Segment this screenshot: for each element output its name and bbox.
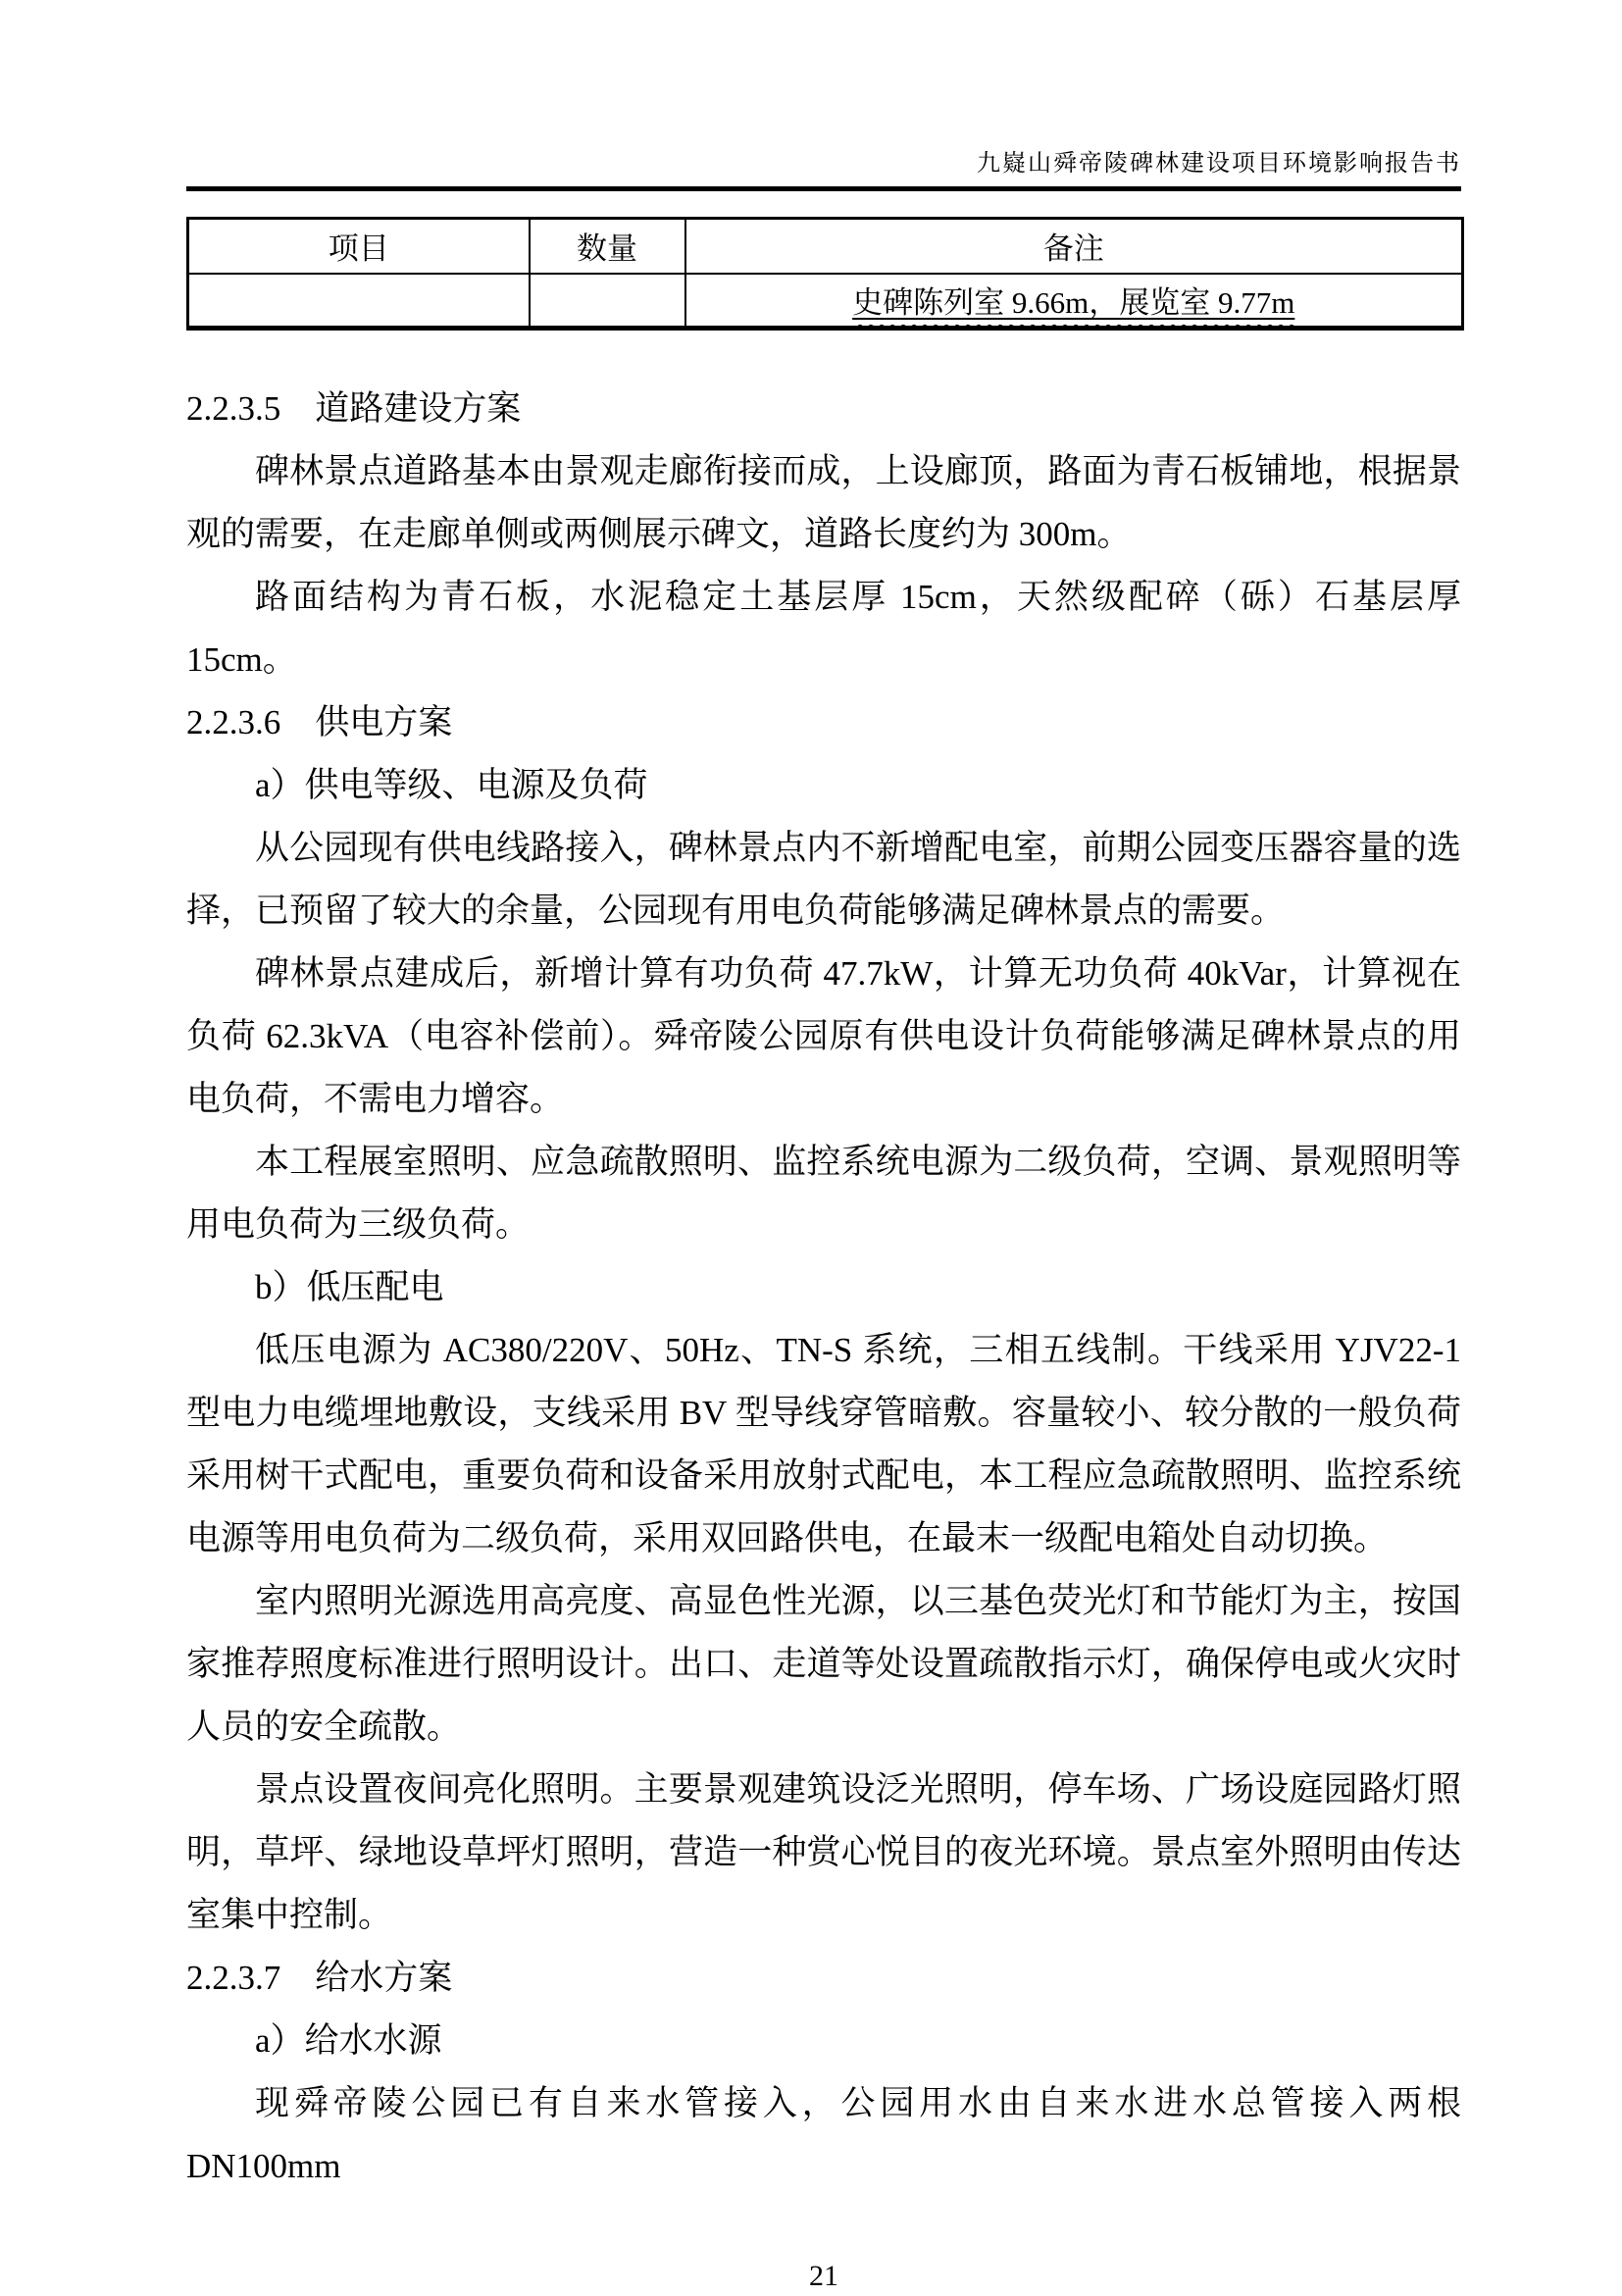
table-cell-quantity bbox=[530, 274, 685, 329]
subitem-low-voltage: b）低压配电 bbox=[186, 1256, 1461, 1319]
table-cell-item bbox=[188, 274, 530, 329]
table-header-quantity: 数量 bbox=[530, 219, 685, 274]
table-note-text: 史碑陈列室 9.66m，展览室 9.77m bbox=[852, 285, 1294, 320]
paragraph-power-load: 碑林景点建成后，新增计算有功负荷 47.7kW，计算无功负荷 40kVar，计算… bbox=[186, 943, 1461, 1131]
subitem-power-grade: a）供电等级、电源及负荷 bbox=[186, 754, 1461, 817]
paragraph-road-structure: 路面结构为青石板，水泥稳定土基层厚 15cm，天然级配碎（砾）石基层厚 15cm… bbox=[186, 566, 1461, 691]
document-body: 2.2.3.5 道路建设方案 碑林景点道路基本由景观走廊衔接而成，上设廊顶，路面… bbox=[186, 378, 1461, 2198]
section-heading-power-plan: 2.2.3.6 供电方案 bbox=[186, 691, 1461, 754]
table-cell-note: 史碑陈列室 9.66m，展览室 9.77m bbox=[685, 274, 1463, 329]
table-header-row: 项目 数量 备注 bbox=[188, 219, 1463, 274]
table-row: 史碑陈列室 9.66m，展览室 9.77m bbox=[188, 274, 1463, 329]
summary-table: 项目 数量 备注 史碑陈列室 9.66m，展览室 9.77m bbox=[186, 217, 1464, 331]
table-header-note: 备注 bbox=[685, 219, 1463, 274]
subitem-water-source: a）给水水源 bbox=[186, 2010, 1461, 2072]
paragraph-water-supply: 现舜帝陵公园已有自来水管接入，公园用水由自来水进水总管接入两根 DN100mm bbox=[186, 2072, 1461, 2198]
document-page: 九嶷山舜帝陵碑林建设项目环境影响报告书 项目 数量 备注 史碑陈列室 9.66m… bbox=[0, 0, 1622, 2294]
paragraph-road-layout: 碑林景点道路基本由景观走廊衔接而成，上设廊顶，路面为青石板铺地，根据景观的需要，… bbox=[186, 440, 1461, 566]
paragraph-power-access: 从公园现有供电线路接入，碑林景点内不新增配电室，前期公园变压器容量的选择，已预留… bbox=[186, 817, 1461, 943]
paragraph-load-classes: 本工程展室照明、应急疏散照明、监控系统电源为二级负荷，空调、景观照明等用电负荷为… bbox=[186, 1131, 1461, 1256]
table-header-item: 项目 bbox=[188, 219, 530, 274]
section-heading-water-plan: 2.2.3.7 给水方案 bbox=[186, 1947, 1461, 2010]
paragraph-low-voltage-system: 低压电源为 AC380/220V、50Hz、TN-S 系统，三相五线制。干线采用… bbox=[186, 1319, 1461, 1570]
revision-underline-wavy: 史碑陈列室 9.66m，展览室 9.77m bbox=[852, 285, 1294, 320]
paragraph-indoor-lighting: 室内照明光源选用高亮度、高显色性光源，以三基色荧光灯和节能灯为主，按国家推荐照度… bbox=[186, 1570, 1461, 1759]
paragraph-night-lighting: 景点设置夜间亮化照明。主要景观建筑设泛光照明，停车场、广场设庭园路灯照明，草坪、… bbox=[186, 1759, 1461, 1947]
section-heading-road-plan: 2.2.3.5 道路建设方案 bbox=[186, 378, 1461, 440]
document-header-title: 九嶷山舜帝陵碑林建设项目环境影响报告书 bbox=[186, 147, 1461, 191]
page-number: 21 bbox=[186, 2257, 1461, 2296]
